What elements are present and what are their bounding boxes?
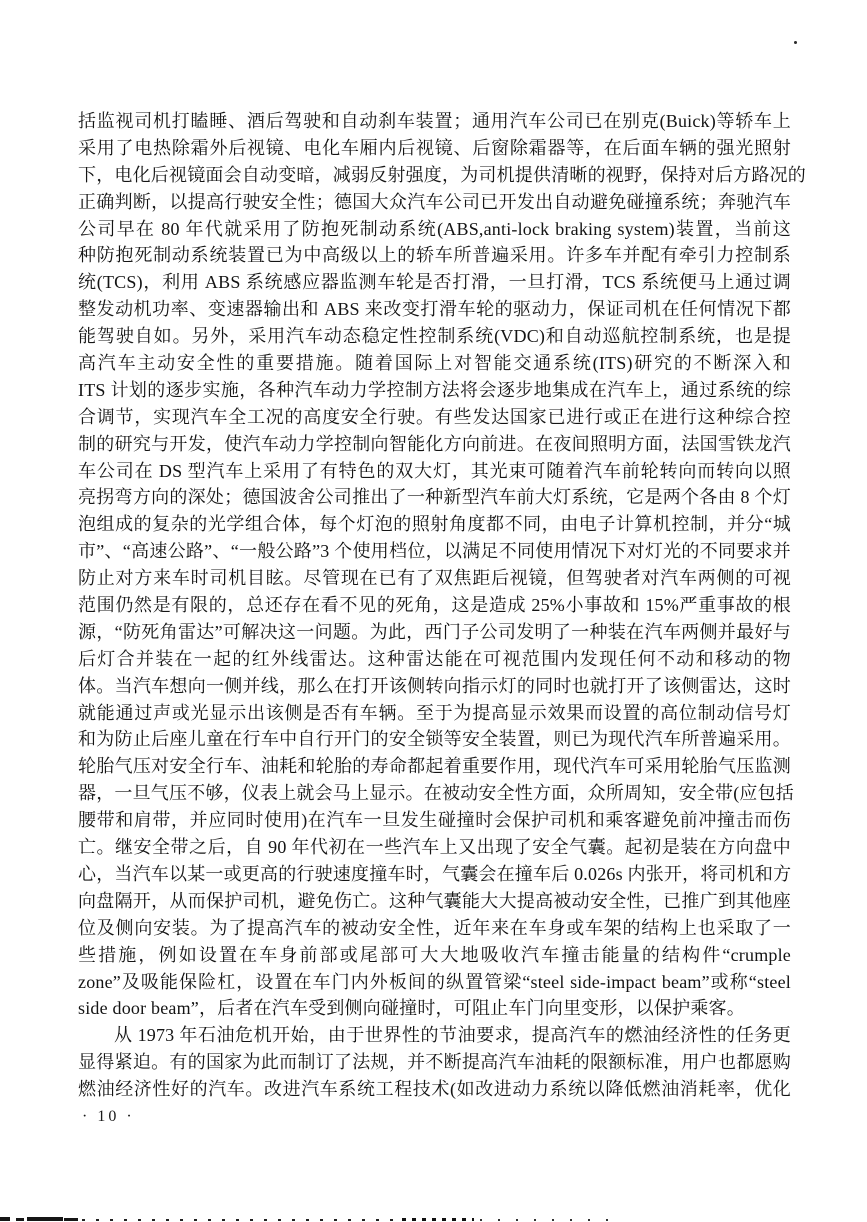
- scan-artifact-dashes: [480, 1219, 620, 1221]
- text-line: 燃油经济性好的汽车。改进汽车系统工程技术(如改进动力系统以降低燃油消耗率，优化: [78, 1076, 791, 1103]
- text-line: 高汽车主动安全性的重要措施。随着国际上对智能交通系统(ITS)研究的不断深入和: [78, 350, 791, 377]
- text-line: 采用了电热除霜外后视镜、电化车厢内后视镜、后窗除霜器等，在后面车辆的强光照射: [78, 135, 791, 162]
- text-line: 位及侧向安装。为了提高汽车的被动安全性，近年来在车身或车架的结构上也采取了一: [78, 915, 791, 942]
- text-line: 显得紧迫。有的国家为此而制订了法规，并不断提高汽车油耗的限额标准，用户也都愿购: [78, 1049, 791, 1076]
- scanned-page: 括监视司机打瞌睡、酒后驾驶和自动刹车装置；通用汽车公司已在别克(Buick)等轿…: [0, 0, 867, 1222]
- text-line: 些措施，例如设置在车身前部或尾部可大大地吸收汽车撞击能量的结构件“crumple: [78, 942, 791, 969]
- scan-artifact-bar: [27, 1217, 63, 1221]
- text-line: 种防抱死制动系统装置已为中高级以上的轿车所普遍采用。许多车并配有牵引力控制系: [78, 242, 791, 269]
- text-line: 防止对方来车时司机目眩。尽管现在已有了双焦距后视镜，但驾驶者对汽车两侧的可视: [78, 565, 791, 592]
- text-line: 制的研究与开发，使汽车动力学控制向智能化方向前进。在夜间照明方面，法国雪铁龙汽: [78, 431, 791, 458]
- text-line: 整发动机功率、变速器输出和 ABS 来改变打滑车轮的驱动力，保证司机在任何情况下…: [78, 296, 791, 323]
- scan-artifact-bar: [64, 1218, 78, 1221]
- text-line: 轮胎气压对安全行车、油耗和轮胎的寿命都起着重要作用，现代汽车可采用轮胎气压监测: [78, 753, 791, 780]
- text-line: 器，一旦气压不够，仪表上就会马上显示。在被动安全性方面，众所周知，安全带(应包括: [78, 780, 791, 807]
- body-text: 括监视司机打瞌睡、酒后驾驶和自动刹车装置；通用汽车公司已在别克(Buick)等轿…: [78, 108, 791, 1103]
- text-line: 统(TCS)，利用 ABS 系统感应器监测车轮是否打滑，一旦打滑，TCS 系统便…: [78, 269, 791, 296]
- text-line: 正确判断，以提高行驶安全性；德国大众汽车公司已开发出自动避免碰撞系统；奔驰汽车: [78, 189, 791, 216]
- scan-artifact-bar: [16, 1218, 24, 1221]
- text-line: zone”及吸能保险杠，设置在车门内外板间的纵置管梁“steel side-im…: [78, 969, 791, 996]
- scan-artifact-dashes: [402, 1218, 474, 1221]
- text-line: 亮拐弯方向的深处；德国波舍公司推出了一种新型汽车前大灯系统，它是两个各由 8 个…: [78, 484, 791, 511]
- scan-speck: [794, 41, 797, 44]
- text-line: 范围仍然是有限的，总还存在看不见的死角，这是造成 25%小事故和 15%严重事故…: [78, 592, 791, 619]
- text-line: 亡。继安全带之后，自 90 年代初在一些汽车上又出现了安全气囊。起初是装在方向盘…: [78, 834, 791, 861]
- text-line: 合调节，实现汽车全工况的高度安全行驶。有些发达国家已进行或正在进行这种综合控: [78, 404, 791, 431]
- page-number: · 10 ·: [82, 1108, 135, 1126]
- text-line: 心，当汽车以某一或更高的行驶速度撞车时，气囊会在撞车后 0.026s 内张开，将…: [78, 861, 791, 888]
- text-line: 向盘隔开，从而保护司机，避免伤亡。这种气囊能大大提高被动安全性，已推广到其他座: [78, 888, 791, 915]
- scan-artifact-dashes: [82, 1219, 402, 1221]
- text-line: 和为防止后座儿童在行车中自行开门的安全锁等安全装置，则已为现代汽车所普遍采用。: [78, 726, 791, 753]
- text-line: 泡组成的复杂的光学组合体，每个灯泡的照射角度都不同，由电子计算机控制，并分“城: [78, 511, 791, 538]
- text-line: 能驾驶自如。另外，采用汽车动态稳定性控制系统(VDC)和自动巡航控制系统，也是提: [78, 323, 791, 350]
- text-line: 市”、“高速公路”、“一般公路”3 个使用档位，以满足不同使用情况下对灯光的不同…: [78, 538, 791, 565]
- text-line: side door beam”，后者在汽车受到侧向碰撞时，可阻止车门向里变形，以…: [78, 995, 791, 1022]
- text-line: 公司早在 80 年代就采用了防抱死制动系统(ABS,anti-lock brak…: [78, 216, 791, 243]
- text-line: 下，电化后视镜面会自动变暗，减弱反射强度，为司机提供清晰的视野，保持对后方路况的: [78, 162, 791, 189]
- text-line: 源，“防死角雷达”可解决这一问题。为此，西门子公司发明了一种装在汽车两侧并最好与: [78, 619, 791, 646]
- text-line: 腰带和肩带，并应同时使用)在汽车一旦发生碰撞时会保护司机和乘客避免前冲撞击而伤: [78, 807, 791, 834]
- text-line: ITS 计划的逐步实施，各种汽车动力学控制方法将会逐步地集成在汽车上，通过系统的…: [78, 377, 791, 404]
- text-line: 体。当汽车想向一侧并线，那么在打开该侧转向指示灯的同时也就打开了该侧雷达，这时: [78, 673, 791, 700]
- scan-artifact-bar: [0, 1217, 10, 1221]
- text-line: 车公司在 DS 型汽车上采用了有特色的双大灯，其光束可随着汽车前轮转向而转向以照: [78, 458, 791, 485]
- text-line: 括监视司机打瞌睡、酒后驾驶和自动刹车装置；通用汽车公司已在别克(Buick)等轿…: [78, 108, 791, 135]
- text-line: 就能通过声或光显示出该侧是否有车辆。至于为提高显示效果而设置的高位制动信号灯: [78, 700, 791, 727]
- text-line: 从 1973 年石油危机开始，由于世界性的节油要求，提高汽车的燃油经济性的任务更: [78, 1022, 791, 1049]
- text-line: 后灯合并装在一起的红外线雷达。这种雷达能在可视范围内发现任何不动和移动的物: [78, 646, 791, 673]
